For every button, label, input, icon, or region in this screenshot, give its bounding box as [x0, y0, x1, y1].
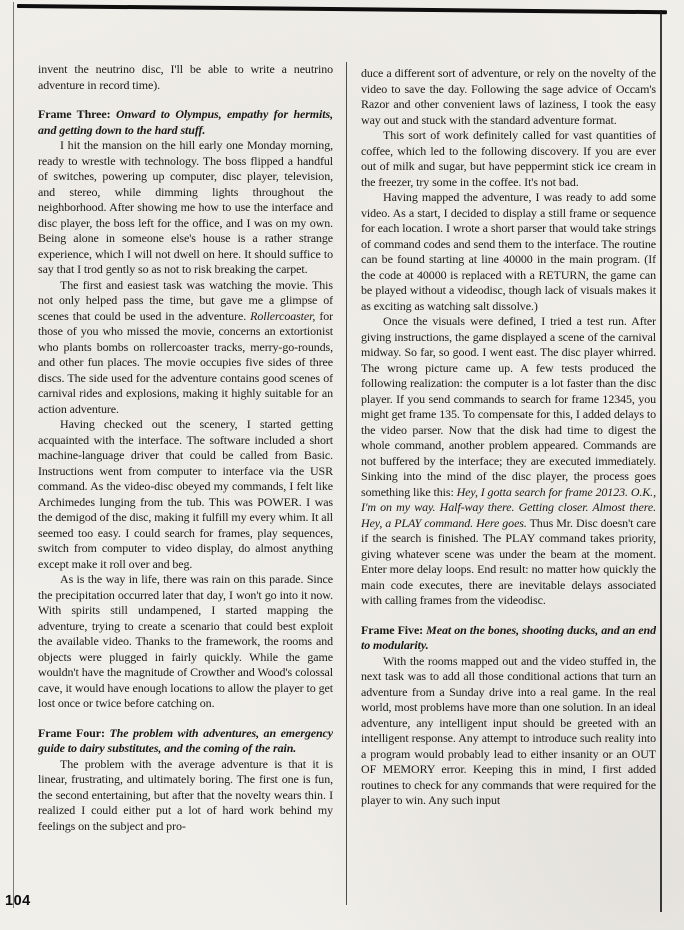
text-segment: I hit the mansion on the hill early one … — [38, 138, 333, 276]
left-edge-rule — [13, 2, 14, 908]
text-segment: invent the neutrino disc, I'll be able t… — [38, 62, 333, 92]
text-segment: Frame Five: — [361, 623, 426, 637]
section-heading: Frame Five: Meat on the bones, shooting … — [361, 623, 656, 654]
body-paragraph: This sort of work definitely called for … — [361, 128, 656, 190]
text-segment: Having mapped the adventure, I was ready… — [361, 190, 656, 313]
magazine-page: invent the neutrino disc, I'll be able t… — [0, 0, 684, 930]
page-number: 104 — [5, 893, 31, 909]
section-heading: Frame Three: Onward to Olympus, empathy … — [38, 107, 333, 138]
body-paragraph: The first and easiest task was watching … — [38, 278, 333, 418]
body-paragraph: Having mapped the adventure, I was ready… — [361, 190, 656, 314]
text-segment: Frame Three: — [38, 107, 116, 121]
text-segment: Frame Four: — [38, 726, 109, 740]
body-paragraph: Once the visuals were defined, I tried a… — [361, 314, 656, 609]
body-paragraph: invent the neutrino disc, I'll be able t… — [38, 62, 333, 93]
column-left: invent the neutrino disc, I'll be able t… — [38, 62, 333, 914]
body-paragraph: Having checked out the scenery, I starte… — [38, 417, 333, 572]
text-segment: Rollercoaster, — [250, 309, 315, 323]
text-segment: As is the way in life, there was rain on… — [38, 572, 333, 710]
section-heading: Frame Four: The problem with adventures,… — [38, 726, 333, 757]
body-paragraph: The problem with the average adventure i… — [38, 757, 333, 835]
body-paragraph: As is the way in life, there was rain on… — [38, 572, 333, 712]
text-segment: The problem with the average adventure i… — [38, 757, 333, 833]
text-segment: With the rooms mapped out and the video … — [361, 654, 656, 808]
text-segment: Once the visuals were defined, I tried a… — [361, 314, 656, 499]
body-paragraph: I hit the mansion on the hill early one … — [38, 138, 333, 278]
column-divider-rule — [346, 62, 347, 905]
column-right: duce a different sort of adventure, or r… — [361, 66, 656, 918]
text-segment: duce a different sort of adventure, or r… — [361, 66, 656, 127]
top-border-rule — [17, 4, 667, 14]
right-edge-rule — [660, 10, 662, 912]
body-paragraph: duce a different sort of adventure, or r… — [361, 66, 656, 128]
text-segment: This sort of work definitely called for … — [361, 128, 656, 189]
text-segment: for those of you who missed the movie, c… — [38, 309, 333, 416]
text-segment: Having checked out the scenery, I starte… — [38, 417, 333, 571]
body-paragraph: With the rooms mapped out and the video … — [361, 654, 656, 809]
